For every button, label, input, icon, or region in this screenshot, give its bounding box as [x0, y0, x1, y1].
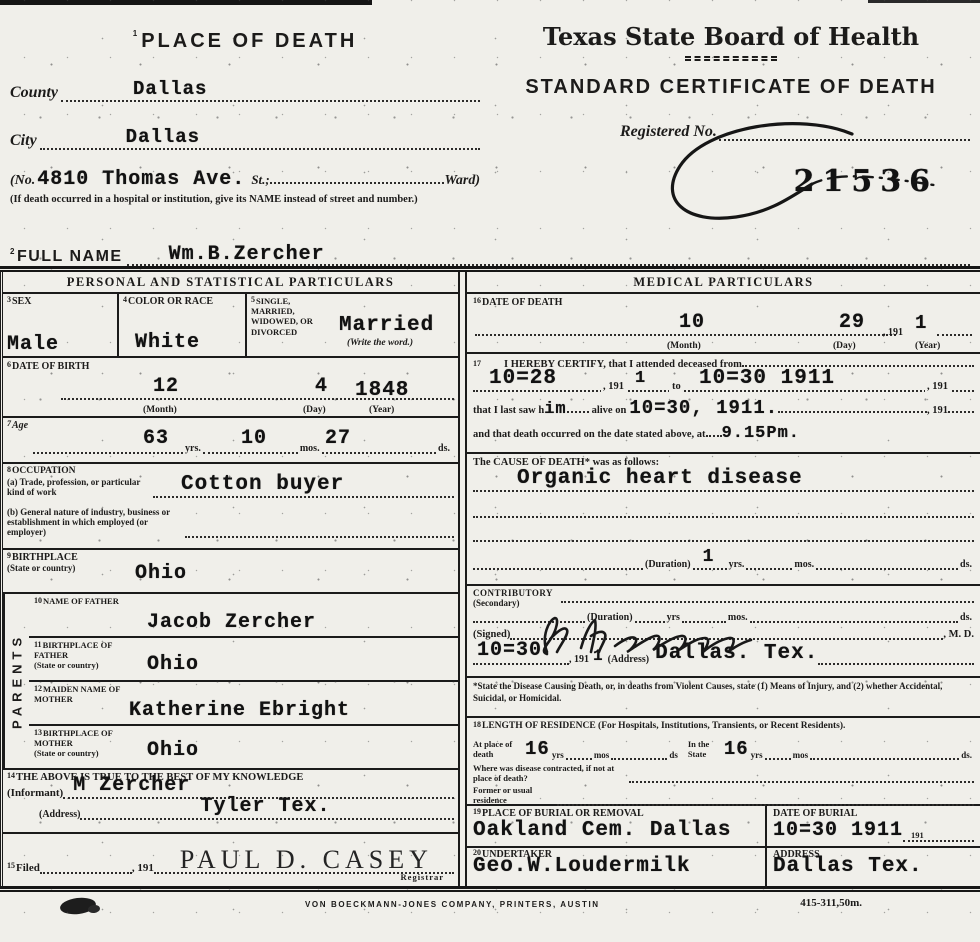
full-name-label: 2FULL NAME: [10, 248, 123, 266]
dotted-line: Dallas: [40, 128, 480, 150]
dotted-line: [566, 751, 592, 760]
to-label: to: [669, 381, 684, 392]
cause-footnote: *State the Disease Causing Death, or, in…: [467, 678, 980, 718]
age-label-text: Age: [12, 420, 28, 431]
age-days-value: 27: [325, 427, 351, 450]
place-of-death-block: 1PLACE OF DEATH County Dallas City Dalla…: [10, 30, 480, 205]
last-saw-year-prefix: , 191: [927, 405, 948, 416]
marital-label-text: SINGLE, MARRIED, WIDOWED, OR DIVORCED: [251, 296, 313, 337]
sex-cell: 3SEX Male: [3, 294, 119, 356]
parents-rows: 10NAME OF FATHER Jacob Zercher 11BIRTHPL…: [29, 594, 458, 768]
occupation-trade-line: (a) Trade, profession, or particular kin…: [7, 477, 454, 498]
dotted-line: 1: [693, 560, 727, 570]
full-name-row: 2FULL NAME Wm.B.Zercher: [0, 230, 980, 266]
in-state-years-value: 16: [724, 738, 749, 760]
age-row: 7Age yrs. mos. ds. 63 10 27: [3, 418, 458, 464]
md-label: , M. D.: [943, 629, 974, 640]
dotted-line: [270, 170, 445, 184]
dotted-line: [778, 404, 927, 413]
field-number: 4: [123, 295, 127, 304]
in-state-mos-unit: mos: [791, 750, 811, 760]
marital-value: Married: [339, 314, 434, 337]
field-number: 17: [473, 359, 481, 368]
dotted-line: Cotton buyer: [153, 486, 454, 498]
marital-label: 5SINGLE, MARRIED, WIDOWED, OR DIVORCED: [251, 296, 331, 337]
to-year-prefix: , 191: [925, 381, 950, 392]
board-title: Texas State Board of Health: [492, 22, 970, 51]
certificate-header: 1PLACE OF DEATH County Dallas City Dalla…: [0, 0, 980, 230]
contributory-label: CONTRIBUTORY: [473, 588, 561, 598]
attestation-block: 14THE ABOVE IS TRUE TO THE BEST OF MY KN…: [3, 770, 458, 834]
mother-birthplace-value: Ohio: [147, 739, 199, 762]
father-name-row: 10NAME OF FATHER Jacob Zercher: [29, 594, 458, 638]
contributory-label-block: CONTRIBUTORY (Secondary): [473, 588, 561, 609]
personal-column: PERSONAL AND STATISTICAL PARTICULARS 3SE…: [0, 272, 458, 886]
field-number: 10: [34, 596, 42, 605]
cause-value-line: Organic heart disease: [473, 468, 974, 494]
field-number: 8: [7, 465, 11, 474]
dotted-line: [810, 751, 959, 760]
sex-value: Male: [7, 333, 59, 356]
father-birthplace-sub: (State or country): [34, 661, 144, 671]
column-divider: [458, 272, 467, 886]
birth-date-label: 6DATE OF BIRTH: [3, 358, 458, 375]
death-occurred-text: and that death occurred on the date stat…: [473, 429, 706, 440]
field-number: 15: [7, 861, 15, 870]
burial-date-value: 10=30 1911: [773, 819, 903, 842]
informant-address-label: (Address): [39, 809, 80, 820]
residence-at-place-line: At place of death 16 yrs mos ds In the S…: [473, 738, 974, 760]
dotted-line: Tyler Tex.: [80, 806, 454, 820]
pen-flourish: [640, 120, 950, 230]
personal-section-title: PERSONAL AND STATISTICAL PARTICULARS: [3, 272, 458, 294]
street-no-label: (No.: [10, 173, 35, 189]
birth-month-value: 12: [153, 375, 179, 398]
in-state-yrs-unit: yrs: [749, 750, 765, 760]
field-number: 1: [133, 29, 140, 38]
burial-place-cell: 19PLACE OF BURIAL OR REMOVAL Oakland Cem…: [467, 806, 767, 846]
filed-line: 15Filed , 191 PAUL D. CASEY: [7, 836, 454, 874]
at-place-yrs-unit: yrs: [550, 750, 566, 760]
race-value: White: [135, 331, 200, 354]
dotted-line: Dallas: [61, 80, 480, 102]
burial-date-label: DATE OF BURIAL: [773, 808, 974, 819]
medical-section-title: MEDICAL PARTICULARS: [467, 272, 980, 294]
place-of-death-title-text: PLACE OF DEATH: [141, 30, 357, 52]
at-place-label: At place of death: [473, 740, 525, 760]
age-days-unit: ds.: [436, 443, 452, 454]
street-ward-label: Ward): [444, 173, 480, 189]
dotted-line: [746, 560, 792, 570]
death-date-label: 16DATE OF DEATH: [467, 294, 980, 311]
death-time-value: 9.15Pm.: [722, 424, 800, 443]
birth-date-row: 6DATE OF BIRTH 12 4 1848 (Month) (Day) (…: [3, 358, 458, 418]
death-date-label-text: DATE OF DEATH: [482, 297, 562, 308]
dotted-line: Wm.B.Zercher: [127, 246, 970, 266]
death-month-caption: (Month): [667, 341, 701, 351]
attended-from-value: 10=28: [489, 367, 557, 390]
death-year-caption: (Year): [915, 341, 940, 351]
dotted-line: [611, 751, 667, 760]
street-value: 4810 Thomas Ave.: [37, 168, 245, 191]
birthplace-value: Ohio: [135, 562, 187, 592]
death-year-value: 1: [915, 312, 927, 334]
full-name-label-text: FULL NAME: [17, 248, 123, 265]
residence-contracted-line: Where was disease contracted, if not at …: [473, 764, 974, 784]
dotted-line: [557, 796, 974, 806]
residence-label-text: LENGTH OF RESIDENCE (For Hospitals, Inst…: [482, 721, 845, 731]
mother-name-value: Katherine Ebright: [129, 699, 350, 722]
burial-date-cell: DATE OF BURIAL 10=30 1911 191: [767, 806, 980, 846]
occupation-row: 8OCCUPATION (a) Trade, profession, or pa…: [3, 464, 458, 550]
duration-years-value: 1: [703, 547, 715, 567]
death-day-value: 29: [839, 311, 865, 334]
death-year-prefix: , 191: [883, 327, 903, 338]
race-label-text: COLOR OR RACE: [128, 296, 213, 307]
dotted-line: [473, 560, 643, 570]
parents-block: PARENTS 10NAME OF FATHER Jacob Zercher 1…: [3, 594, 458, 770]
dotted-line: [473, 518, 974, 542]
race-cell: 4COLOR OR RACE White: [119, 294, 247, 356]
marital-note: (Write the word.): [347, 338, 413, 348]
dotted-line: [561, 592, 974, 603]
burial-place-label: 19PLACE OF BURIAL OR REMOVAL: [473, 808, 759, 819]
dotted-line: [937, 334, 972, 336]
undertaker-address-value: Dallas Tex.: [773, 855, 923, 878]
informant-address-value: Tyler Tex.: [200, 795, 330, 818]
cause-value: Organic heart disease: [517, 467, 803, 490]
field-number: 5: [251, 295, 255, 304]
father-name-value: Jacob Zercher: [147, 611, 316, 634]
cause-block: The CAUSE OF DEATH* was as follows: Orga…: [467, 454, 980, 586]
occupation-industry-line: (b) General nature of industry, business…: [7, 507, 454, 538]
certificate-title: STANDARD CERTIFICATE OF DEATH: [492, 76, 970, 99]
filed-label-text: Filed: [16, 862, 40, 874]
last-saw-pronoun: im: [544, 400, 566, 419]
birthplace-sub-label: (State or country): [7, 563, 131, 573]
duration-mos-unit: mos.: [792, 559, 816, 570]
birthplace-label-block: 9BIRTHPLACE (State or country): [3, 550, 135, 592]
field-number: 3: [7, 295, 11, 304]
occupation-industry-label: (b) General nature of industry, business…: [7, 507, 185, 538]
dotted-line: [475, 334, 896, 336]
death-month-value: 10: [679, 311, 705, 334]
death-day-caption: (Day): [833, 341, 856, 351]
filed-year-prefix: , 191: [132, 862, 154, 874]
birth-month-caption: (Month): [143, 405, 177, 415]
contributory-block: CONTRIBUTORY (Secondary) (Duration) yrs …: [467, 586, 980, 678]
duration-yrs-unit: yrs.: [727, 559, 747, 570]
contributory-line: CONTRIBUTORY (Secondary): [473, 588, 974, 609]
race-label: 4COLOR OR RACE: [123, 296, 241, 307]
father-birthplace-value: Ohio: [147, 653, 199, 676]
mother-birthplace-row: 13BIRTHPLACE OF MOTHER(State or country)…: [29, 726, 458, 768]
dotted-line: [629, 773, 974, 783]
informant-label: (Informant): [7, 787, 63, 799]
birthplace-label-text: BIRTHPLACE: [12, 552, 78, 563]
burial-place-label-text: PLACE OF BURIAL OR REMOVAL: [482, 808, 644, 819]
dotted-line: [473, 490, 974, 492]
street-field: (No. 4810 Thomas Ave. St.; Ward): [10, 168, 480, 191]
age-months-value: 10: [241, 427, 267, 450]
field-number: 9: [7, 551, 11, 560]
father-name-label: 10NAME OF FATHER: [29, 594, 149, 610]
board-block: Texas State Board of Health STANDARD CER…: [492, 22, 970, 141]
county-value: Dallas: [133, 78, 207, 100]
certify-line3: that I last saw h im alive on 10=30, 191…: [473, 397, 974, 419]
informant-value: M Zercher: [73, 774, 190, 797]
age-months-unit: mos.: [298, 443, 322, 454]
dotted-line: [40, 862, 132, 874]
certify-block: 17 I HEREBY CERTIFY, that I attended dec…: [467, 354, 980, 454]
contributory-sub-label: (Secondary): [473, 598, 561, 608]
county-field: County Dallas: [10, 80, 480, 102]
death-date-row: 16DATE OF DEATH 10 29 , 191 1 (Month) (D…: [467, 294, 980, 354]
mother-birthplace-label: 13BIRTHPLACE OF MOTHER(State or country): [29, 726, 149, 761]
birth-year-caption: (Year): [369, 405, 394, 415]
place-of-death-title: 1PLACE OF DEATH: [10, 30, 480, 53]
birth-year-value: 1848: [355, 379, 409, 402]
filed-row: 15Filed , 191 PAUL D. CASEY Registrar: [3, 834, 458, 882]
mother-name-label: 12MAIDEN NAME OF MOTHER: [29, 682, 139, 708]
street-st-label: St.;: [251, 172, 269, 188]
dotted-line: [185, 526, 454, 538]
field-number: 14: [7, 771, 15, 780]
printer-credit: VON BOECKMANN-JONES COMPANY, PRINTERS, A…: [305, 900, 600, 909]
residence-block: 18LENGTH OF RESIDENCE (For Hospitals, In…: [467, 718, 980, 806]
main-columns: PERSONAL AND STATISTICAL PARTICULARS 3SE…: [0, 272, 980, 886]
mother-name-row: 12MAIDEN NAME OF MOTHER Katherine Ebrigh…: [29, 682, 458, 726]
at-place-mos-unit: mos: [592, 750, 612, 760]
field-number: 6: [7, 360, 11, 369]
burial-table: 19PLACE OF BURIAL OR REMOVAL Oakland Cem…: [467, 806, 980, 888]
burial-place-value: Oakland Cem. Dallas: [473, 819, 731, 842]
cause-duration-line: (Duration) 1 yrs. mos. ds.: [473, 542, 974, 570]
mother-birthplace-label-text: BIRTHPLACE OF MOTHER: [34, 728, 113, 748]
footer: VON BOECKMANN-JONES COMPANY, PRINTERS, A…: [0, 892, 980, 936]
mother-name-label-text: MAIDEN NAME OF MOTHER: [34, 684, 120, 704]
dotted-line: [816, 560, 958, 570]
residence-label: 18LENGTH OF RESIDENCE (For Hospitals, In…: [473, 721, 974, 733]
in-state-label: In the State: [688, 740, 724, 760]
sex-label: 3SEX: [7, 296, 113, 307]
birth-date-label-text: DATE OF BIRTH: [12, 361, 89, 372]
attended-to-value: 10=30 1911: [699, 367, 835, 390]
burial-row-1: 19PLACE OF BURIAL OR REMOVAL Oakland Cem…: [467, 806, 980, 848]
sex-label-text: SEX: [12, 296, 31, 307]
sex-race-marital-row: 3SEX Male 4COLOR OR RACE White 5SINGLE, …: [3, 294, 458, 358]
undertaker-value: Geo.W.Loudermilk: [473, 855, 691, 878]
dotted-line: [473, 390, 974, 392]
contracted-label: Where was disease contracted, if not at …: [473, 764, 629, 784]
city-value: Dallas: [126, 126, 200, 148]
dotted-line: [765, 751, 791, 760]
filed-label: 15Filed: [7, 862, 40, 874]
undertaker-address-cell: ADDRESS Dallas Tex.: [767, 848, 980, 888]
county-label: County: [10, 84, 58, 102]
dotted-line: [742, 357, 974, 367]
death-certificate-scan: 1PLACE OF DEATH County Dallas City Dalla…: [0, 0, 980, 942]
birthplace-row: 9BIRTHPLACE (State or country) Ohio: [3, 550, 458, 594]
marital-cell: 5SINGLE, MARRIED, WIDOWED, OR DIVORCED M…: [247, 294, 458, 356]
occupation-value: Cotton buyer: [181, 473, 344, 496]
dotted-line: [948, 404, 974, 413]
burial-date-year-hint: 191: [911, 830, 924, 840]
father-birthplace-label-text: BIRTHPLACE OF FATHER: [34, 640, 112, 660]
at-place-years-value: 16: [525, 738, 550, 760]
occupation-label-text: OCCUPATION: [12, 466, 76, 476]
field-number: 19: [473, 807, 481, 816]
duration-ds-unit: ds.: [958, 559, 974, 570]
mother-birthplace-sub: (State or country): [34, 749, 144, 759]
burial-row-2: 20UNDERTAKER Geo.W.Loudermilk ADDRESS Da…: [467, 848, 980, 888]
father-birthplace-label: 11BIRTHPLACE OF FATHER(State or country): [29, 638, 149, 673]
occupation-trade-label: (a) Trade, profession, or particular kin…: [7, 477, 153, 498]
burial-date-line: 10=30 1911 191: [773, 819, 974, 842]
field-number: 18: [473, 720, 481, 729]
residence-former-line: Former or usual residence: [473, 786, 974, 806]
birthplace-label: 9BIRTHPLACE: [7, 552, 131, 563]
city-field: City Dallas: [10, 128, 480, 150]
alive-on-label: alive on: [592, 405, 627, 416]
contributory-ds-unit: ds.: [958, 612, 974, 623]
informant-address-line: (Address) Tyler Tex.: [7, 806, 454, 820]
union-printers-stamp: [58, 896, 102, 916]
title-divider: [685, 56, 777, 61]
city-label: City: [10, 132, 37, 150]
undertaker-cell: 20UNDERTAKER Geo.W.Loudermilk: [467, 848, 767, 888]
duration-label: (Duration): [643, 559, 693, 570]
in-state-ds-unit: ds.: [959, 750, 974, 760]
certify-line4: and that death occurred on the date stat…: [473, 424, 974, 443]
dotted-line: [706, 428, 722, 437]
age-label: 7Age: [3, 418, 458, 433]
medical-column: MEDICAL PARTICULARS 16DATE OF DEATH 10 2…: [467, 272, 980, 886]
physician-signature: [531, 610, 781, 662]
registrar-signature: PAUL D. CASEY: [180, 845, 433, 875]
dotted-line: [567, 404, 589, 413]
dotted-line: [473, 494, 974, 518]
hospital-note: (If death occurred in a hospital or inst…: [10, 194, 480, 205]
field-number: 13: [34, 728, 42, 737]
birth-day-value: 4: [315, 375, 328, 398]
age-years-unit: yrs.: [183, 443, 203, 454]
field-number: 11: [34, 640, 42, 649]
field-number: 7: [7, 419, 11, 428]
father-birthplace-row: 11BIRTHPLACE OF FATHER(State or country)…: [29, 638, 458, 682]
last-saw-prefix: that I last saw h: [473, 405, 544, 416]
certify-line2: 10=28 , 191 1 to 10=30 1911 , 191: [473, 370, 974, 396]
dotted-line: [818, 654, 974, 665]
birth-day-caption: (Day): [303, 405, 326, 415]
father-name-label-text: NAME OF FATHER: [43, 596, 119, 606]
from-year-prefix: , 191: [601, 381, 626, 392]
full-name-value: Wm.B.Zercher: [169, 243, 325, 266]
dotted-line: 191: [903, 832, 974, 842]
field-number: 2: [10, 247, 16, 256]
last-saw-value: 10=30, 1911.: [629, 397, 778, 419]
field-number: 12: [34, 684, 42, 693]
registrar-caption: Registrar: [401, 872, 444, 882]
parents-vertical-label: PARENTS: [3, 594, 29, 768]
former-residence-label: Former or usual residence: [473, 786, 557, 806]
at-place-ds-unit: ds: [667, 750, 680, 760]
age-years-value: 63: [143, 427, 169, 450]
field-number: 16: [473, 296, 481, 305]
print-run-code: 415-311,50m.: [800, 897, 862, 909]
from-year-value: 1: [635, 369, 646, 388]
cause-footnote-text: *State the Disease Causing Death, or, in…: [473, 681, 974, 704]
